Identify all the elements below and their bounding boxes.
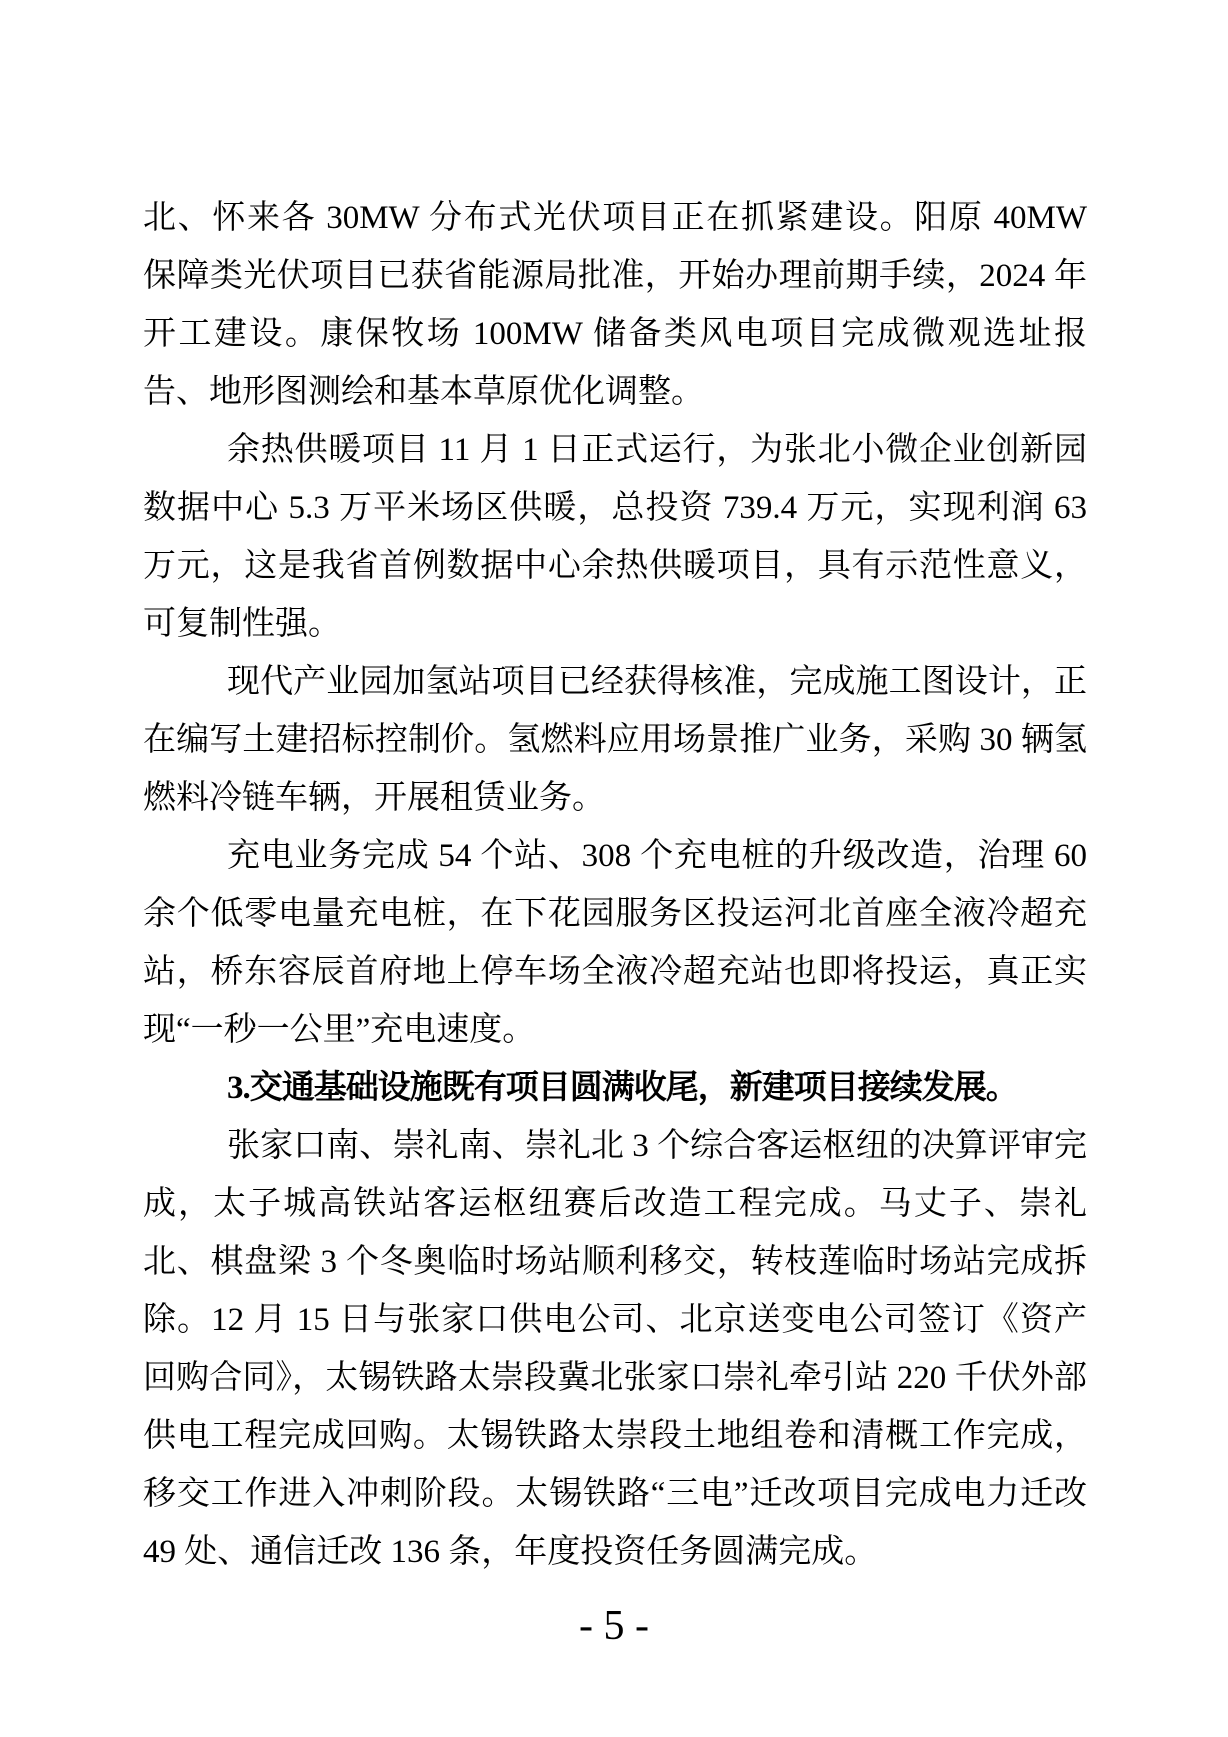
body-paragraph-hydrogen-station: 现代产业园加氢站项目已经获得核准，完成施工图设计，正在编写土建招标控制价。氢燃料… [143,653,1087,827]
document-page: 北、怀来各 30MW 分布式光伏项目正在抓紧建设。阳原 40MW 保障类光伏项目… [0,0,1228,1737]
body-paragraph-charging-business: 充电业务完成 54 个站、308 个充电桩的升级改造，治理 60 余个低零电量充… [143,827,1087,1059]
body-paragraph-transport-projects: 张家口南、崇礼南、崇礼北 3 个综合客运枢纽的决算评审完成，太子城高铁站客运枢纽… [143,1117,1087,1581]
document-body: 北、怀来各 30MW 分布式光伏项目正在抓紧建设。阳原 40MW 保障类光伏项目… [143,189,1087,1581]
page-number: - 5 - [0,1602,1228,1650]
body-paragraph-heating-project: 余热供暖项目 11 月 1 日正式运行，为张北小微企业创新园数据中心 5.3 万… [143,421,1087,653]
section-heading-transport-infrastructure: 3.交通基础设施既有项目圆满收尾，新建项目接续发展。 [143,1059,1087,1117]
body-paragraph-continuation: 北、怀来各 30MW 分布式光伏项目正在抓紧建设。阳原 40MW 保障类光伏项目… [143,189,1087,421]
